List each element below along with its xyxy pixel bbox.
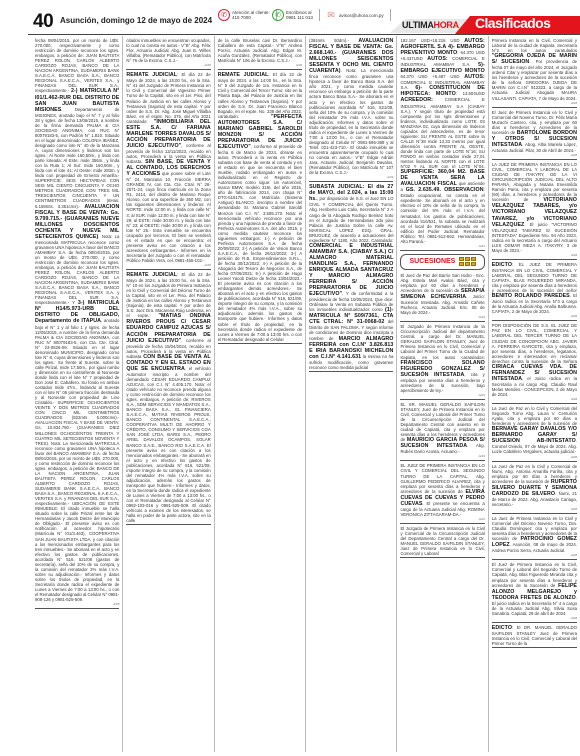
- contact-phone-value: 415 7000: [232, 15, 251, 20]
- ad-code: A/26: [492, 553, 577, 558]
- classified-ad: La Juez de Primera Instancia en lo Civil…: [492, 516, 577, 560]
- column-4: (384mts 50dm).- AVALUACION FISCAL Y BASE…: [306, 36, 397, 752]
- contact-whatsapp: ✆ Escribinos al 0981 111 013: [272, 9, 320, 21]
- ad-text: . Nota: La mencionada MATRICULA reconoce…: [35, 234, 119, 306]
- classified-ad: El Juez de Primera Instancia en lo Civil…: [492, 110, 577, 160]
- ad-code: A/26: [126, 63, 210, 68]
- classified-ad: citados inmuebles se encuentran ocupados…: [126, 38, 210, 70]
- ad-code: A/24: [400, 315, 484, 320]
- ad-code: A/26: [492, 397, 577, 402]
- classified-ad: EDICTO: El DR. MANUEL GERALDO SAIFILDIN …: [492, 625, 577, 648]
- ad-text: : El día 22 de Mayo de 2024, a las 15:00…: [126, 72, 210, 123]
- ad-text: El Juzgado de Primera Instancia de la Ci…: [400, 324, 484, 359]
- ad-text: , anotado bajo el N° 1 y al folio 1 y sg…: [35, 318, 119, 602]
- ad-text: : Estado ocupacional, no consta en el ex…: [400, 187, 484, 243]
- page-header: 40 Asunción, domingo 12 de mayo de 2024 …: [0, 0, 580, 30]
- ad-text: . Departamento de MISIONES, anotado bajo…: [35, 107, 119, 209]
- classified-ad: EDICTO: EL JUEZ DE PRIMERA INSTANCIA EN …: [492, 262, 577, 322]
- brand-ultima: ULTIMA: [402, 20, 434, 30]
- column-3: de la calle Bruselas casi Dr. Bernardino…: [215, 36, 306, 752]
- phone-icon: ✆: [218, 9, 230, 21]
- ad-text: , conforme al proveído de fecha 6 de Mar…: [218, 144, 302, 342]
- ad-code: A/26: [492, 616, 577, 621]
- sucesiones-section-header: SUCESIONES: [400, 254, 484, 270]
- classified-ad: La Juez de Paz en lo Civil y Comercial d…: [492, 406, 577, 461]
- ad-code: A/26: [492, 153, 577, 158]
- ad-text: : El día 22 de Mayo de 2024, a las 15:00…: [126, 272, 210, 318]
- classifieds-columns: fecha 08/04/2015, por un monto de U$S. 2…: [32, 36, 580, 752]
- ad-text: , el vehículo Automotor inscripto a nomb…: [126, 366, 210, 523]
- classified-ad: REMATE JUDICIAL: El día 22 de Mayo de 20…: [126, 72, 210, 270]
- page-number: 40: [33, 11, 53, 33]
- ad-code: A/26: [492, 455, 577, 460]
- ad-text: (384mts 50dm).-: [309, 38, 358, 43]
- brand-hora: HORA: [434, 20, 459, 30]
- ad-code: A/26: [492, 101, 577, 106]
- classified-ad: (384mts 50dm).- AVALUACION FISCAL Y BASE…: [309, 38, 393, 182]
- contact-whatsapp-value: 0981 111 013: [286, 15, 313, 20]
- ad-code: A/24: [309, 175, 393, 180]
- contact-email: ✉ avisos@uhora.com.py: [325, 9, 391, 21]
- ad-text: citados inmuebles se encuentran ocupados…: [126, 38, 210, 63]
- ad-text: fecha 08/04/2015, por un monto de U$S. 2…: [35, 38, 119, 93]
- ad-heading: BERNAVE GARAY DAVALOS Y/O BERNARDO GARAY…: [492, 426, 577, 444]
- classified-ad: EL SR. MANUEL GERALDO SAIFILDIN STANLEY,…: [400, 402, 484, 462]
- ad-text: de la calle Bruselas casi Dr. Bernardino…: [218, 38, 302, 63]
- ad-code: A/26: [492, 314, 577, 319]
- ad-code: A/24: [400, 454, 484, 459]
- classified-ad: El Juzgado de Primera Instancia de la Ci…: [400, 324, 484, 400]
- classified-ad: de la calle Bruselas casi Dr. Bernardino…: [218, 38, 302, 70]
- ad-text: : 13.604USD: [456, 91, 485, 96]
- classified-ad: POR DISPOSICIÓN DE S.S. EL JUEZ DE PAZ E…: [492, 323, 577, 404]
- ad-text: que posee sobre el Lote N° 24, Manzana 1…: [126, 171, 210, 263]
- ad-text: , por disposición de S.S. el Juez EN LO …: [309, 196, 393, 242]
- ad-text: La Juez de Paz en lo Civil y Comercial d…: [492, 406, 577, 426]
- ad-text: 182.167 USD+18.216 USD: [400, 38, 464, 43]
- ad-code: A/32: [218, 63, 302, 68]
- classified-ad: REMATE JUDICIAL: El día 22 de mayo de 20…: [218, 72, 302, 343]
- ad-text: . Nota: La mencionada finca reconoce com…: [309, 68, 393, 175]
- classified-ad: La Juez de Paz en lo Civil y Comercial d…: [492, 464, 577, 514]
- gift-boxes-icon: [459, 257, 476, 266]
- classified-ad: Primera Instancia en lo Civil, Comercial…: [492, 38, 577, 108]
- column-6: Primera Instancia en lo Civil, Comercial…: [489, 36, 580, 752]
- classified-ad: REMATE JUDICIAL: El día 22 de Mayo de 20…: [126, 272, 210, 525]
- column-2: citados inmuebles se encuentran ocupados…: [123, 36, 214, 752]
- ad-code: A/26: [126, 263, 210, 268]
- issue-date: Asunción, domingo 12 de mayo de 2024: [60, 16, 212, 25]
- classified-ad: EL JUEZ DE PRIMERA INSTANCIA EN LO CIVIL…: [400, 463, 484, 524]
- ad-code: A/24: [400, 244, 484, 249]
- classified-ad: El Juez de Primera Instancia en lo Civil…: [492, 562, 577, 623]
- ad-text: Primera Instancia en lo Civil, Comercial…: [492, 38, 577, 53]
- ad-code: A/26: [492, 253, 577, 258]
- classified-ad: SUBASTA JUDICIAL: El día 27 de MAYO, del…: [309, 184, 393, 372]
- column-1: fecha 08/04/2015, por un monto de U$S. 2…: [32, 36, 123, 752]
- sucesiones-label: SUCESIONES: [409, 259, 455, 264]
- ad-code: A/26: [492, 507, 577, 512]
- ad-text: COMERCIAL E INDUSTRIAL AMAMBAY S.A (CIAB…: [400, 97, 484, 169]
- contact-phone: ✆ Atención al cliente: 415 7000: [218, 9, 277, 21]
- ad-code: A/24: [400, 517, 484, 522]
- ad-code: A/28: [35, 602, 119, 607]
- classified-ad: fecha 08/04/2015, por un monto de U$S. 2…: [35, 38, 119, 609]
- section-title: Clasificados: [475, 15, 550, 31]
- ad-heading: COMERCIAL E INDUSTRIAL AMAMBAY S.A. (CIA…: [309, 243, 393, 297]
- ad-text: LA JUEZ DE PRIMERA INSTANCIA EN LO CIVIL…: [492, 162, 577, 202]
- column-5: 182.167 USD+18.216 USD AUTOS: AGROFERTIL…: [397, 36, 488, 752]
- classified-ad: LA JUEZ DE PRIMERA INSTANCIA EN LO CIVIL…: [492, 162, 577, 260]
- contact-email-value: avisos@uhora.com.py: [339, 13, 384, 18]
- classified-ad: 182.167 USD+18.216 USD AUTOS: AGROFERTIL…: [400, 38, 484, 251]
- ad-text: El Juzgado de Primera Instancia en lo Ci…: [400, 526, 484, 556]
- ad-text: 64.370 USD +6.487 USD: [400, 74, 464, 79]
- brand-logo: ULTIMAHORA: [402, 20, 459, 30]
- classified-ad: El Juzgado de Primera Instancia en lo Ci…: [400, 526, 484, 558]
- classified-ad: El Juez de Paz del Barrio San Isidro - E…: [400, 273, 484, 322]
- ad-text: EL SR. MANUEL GERALDO SAIFILDIN STANLEY,…: [400, 402, 484, 442]
- ad-text: : El día 22 de mayo de 2024, a las 14:00…: [218, 72, 302, 118]
- header-divider: [28, 34, 580, 35]
- ad-text: POR DISPOSICIÓN DE S.S. EL JUEZ DE PAZ E…: [492, 323, 577, 363]
- ad-code: A/24: [400, 393, 484, 398]
- mail-icon: ✉: [325, 9, 337, 21]
- ad-text: .. Por providencia de fecha 07 de mayo d…: [492, 59, 577, 100]
- whatsapp-icon: ✆: [272, 9, 284, 21]
